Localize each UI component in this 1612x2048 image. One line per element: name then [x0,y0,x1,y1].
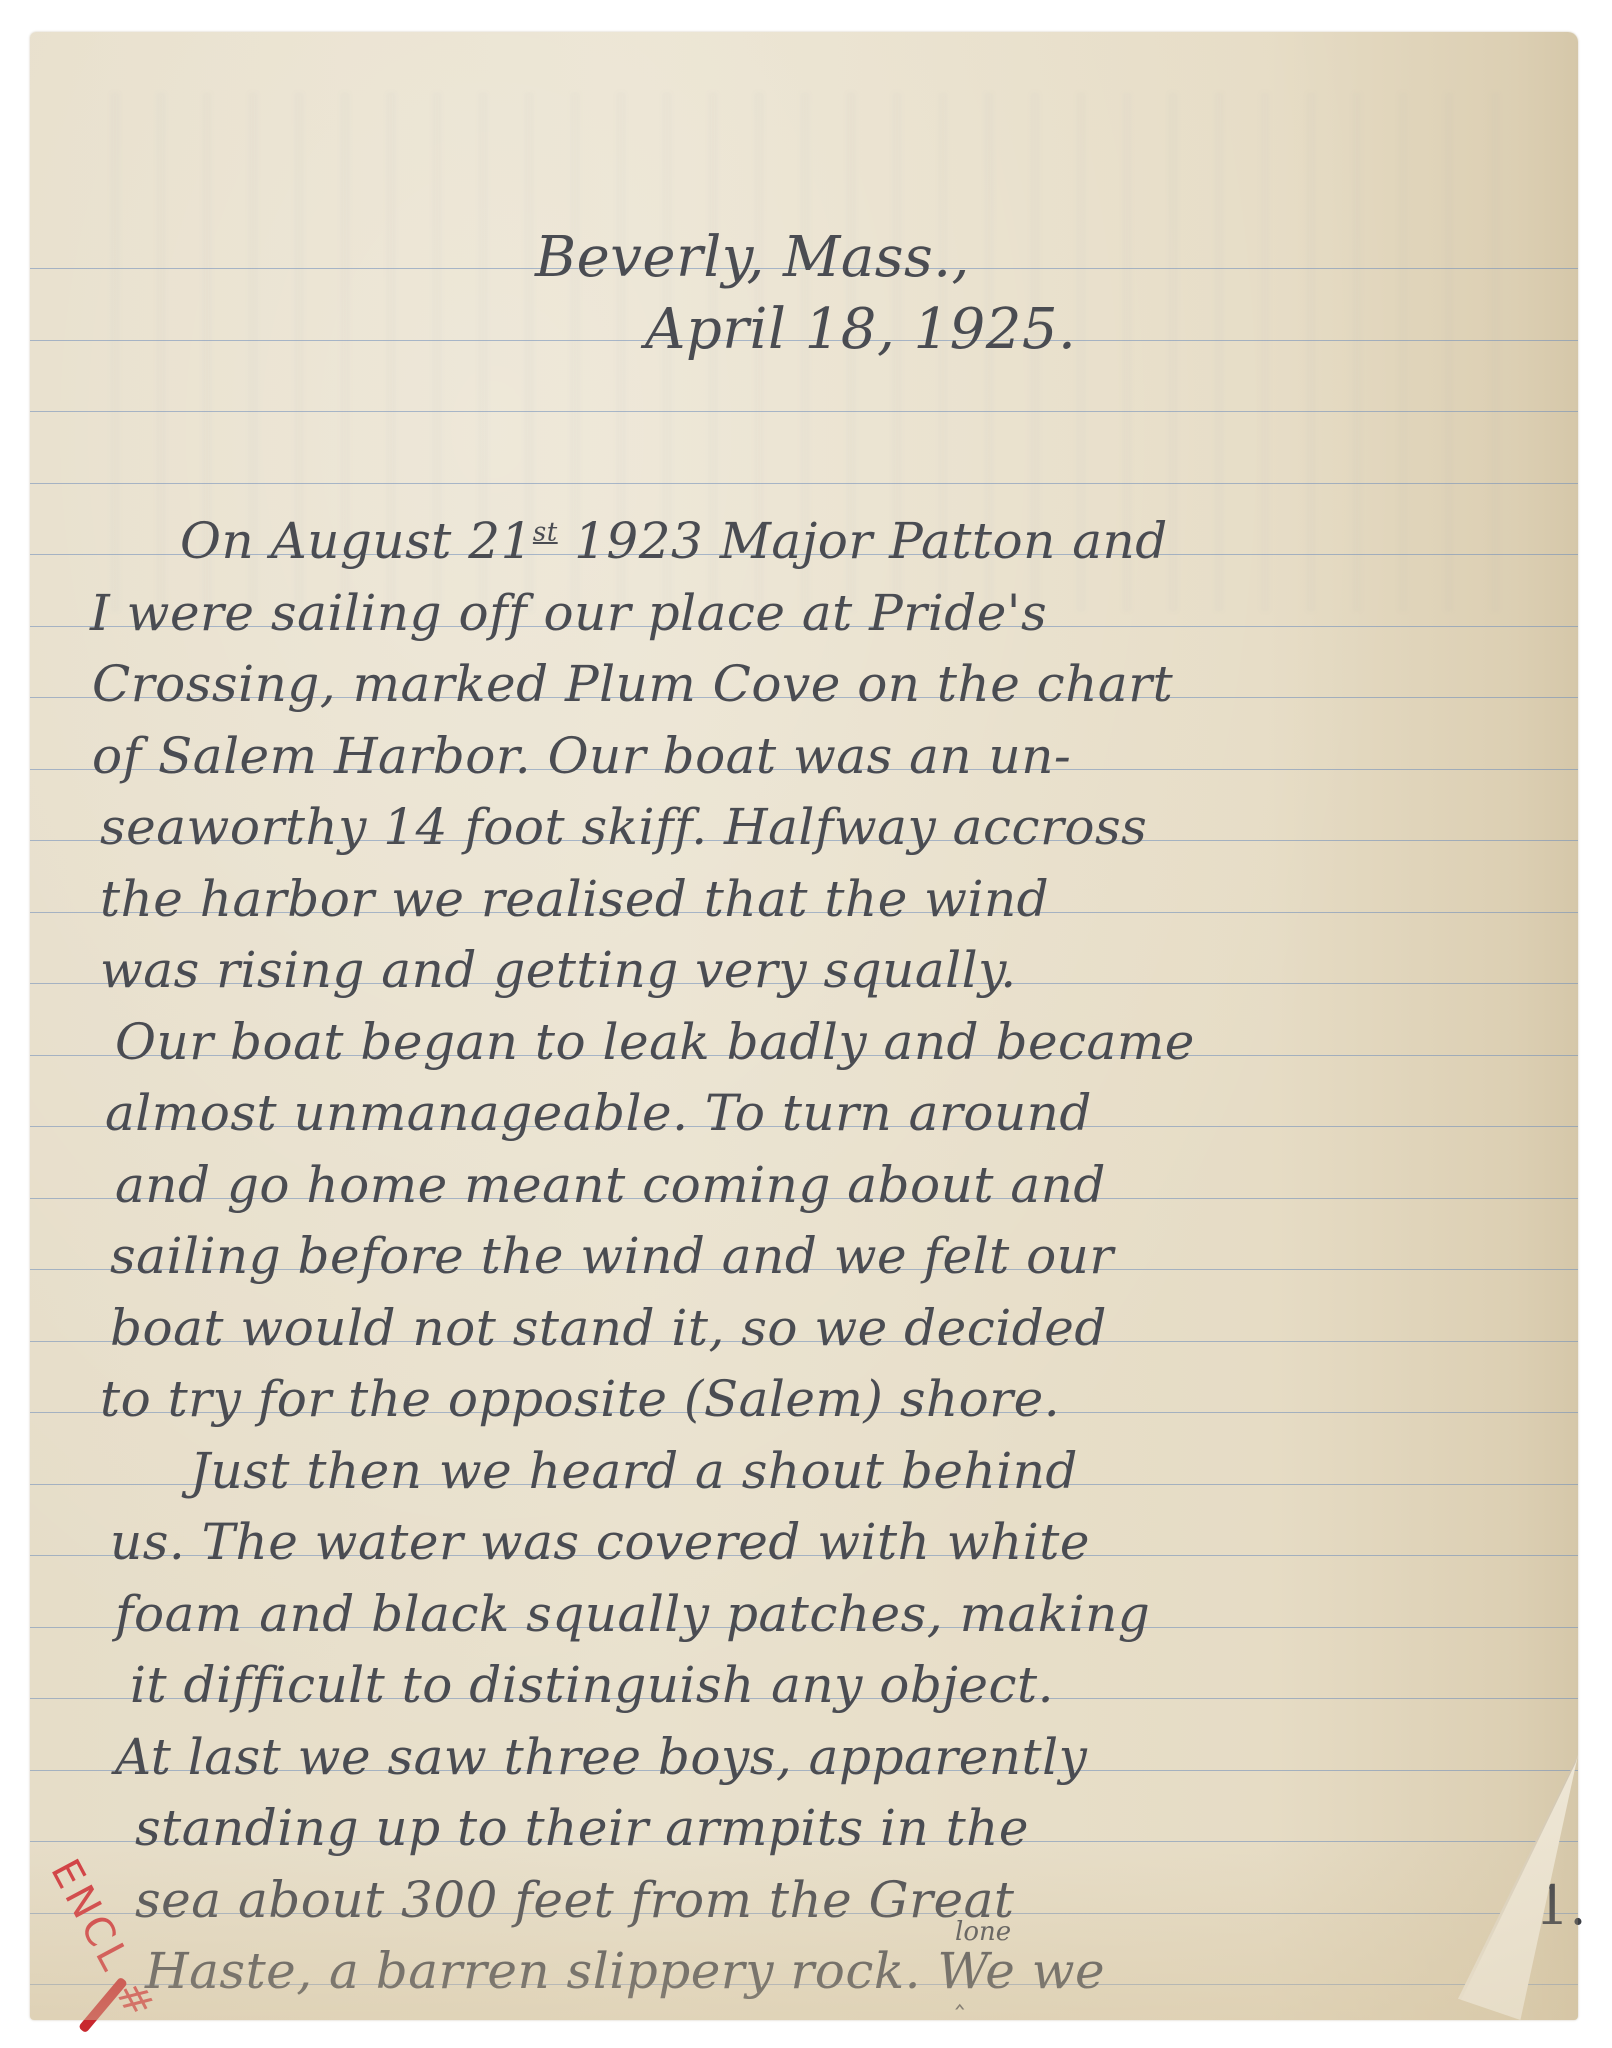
body-line-8: Our boat began to leak badly and became [115,1017,1195,1067]
body-line-12: boat would not stand it, so we decided [110,1303,1107,1353]
body-line-17: it difficult to distinguish any object. [130,1660,1054,1710]
body-line-18: At last we saw three boys, apparently [115,1732,1087,1782]
body-line-10: and go home meant coming about and [115,1160,1106,1210]
body-line-5: seaworthy 14 foot skiff. Halfway accross [100,802,1147,852]
inserted-word: lone [955,1917,1011,1947]
body-line-7: was rising and getting very squally. [100,945,1017,995]
ruled-line [30,411,1578,412]
body-line-1: On August 21st 1923 Major Patton and [180,516,1168,566]
insertion-caret-icon: ‸ [955,1977,965,2010]
body-line-14: Just then we heard a shout behind [190,1446,1078,1496]
body-line-15: us. The water was covered with white [110,1517,1090,1567]
body-line-6: the harbor we realised that the wind [100,874,1049,924]
body-line-19: standing up to their armpits in the [135,1803,1029,1853]
body-line-20: sea about 300 feet from the Great [135,1875,1015,1925]
ruled-line [30,483,1578,484]
body-line-13: to try for the opposite (Salem) shore. [100,1374,1060,1424]
body-line-3: Crossing, marked Plum Cove on the chart [92,659,1173,709]
body-line-9: almost unmanageable. To turn around [105,1088,1092,1138]
body-line-11: sailing before the wind and we felt our [110,1231,1114,1281]
body-line-4: of Salem Harbor. Our boat was an un- [92,731,1071,781]
body-line-2: I were sailing off our place at Pride's [90,588,1047,638]
body-line-16: foam and black squally patches, making [115,1589,1150,1639]
letter-page: Beverly, Mass., April 18, 1925. On Augus… [30,32,1578,2020]
letter-place: Beverly, Mass., [535,230,970,286]
letter-date: April 18, 1925. [645,302,1076,358]
